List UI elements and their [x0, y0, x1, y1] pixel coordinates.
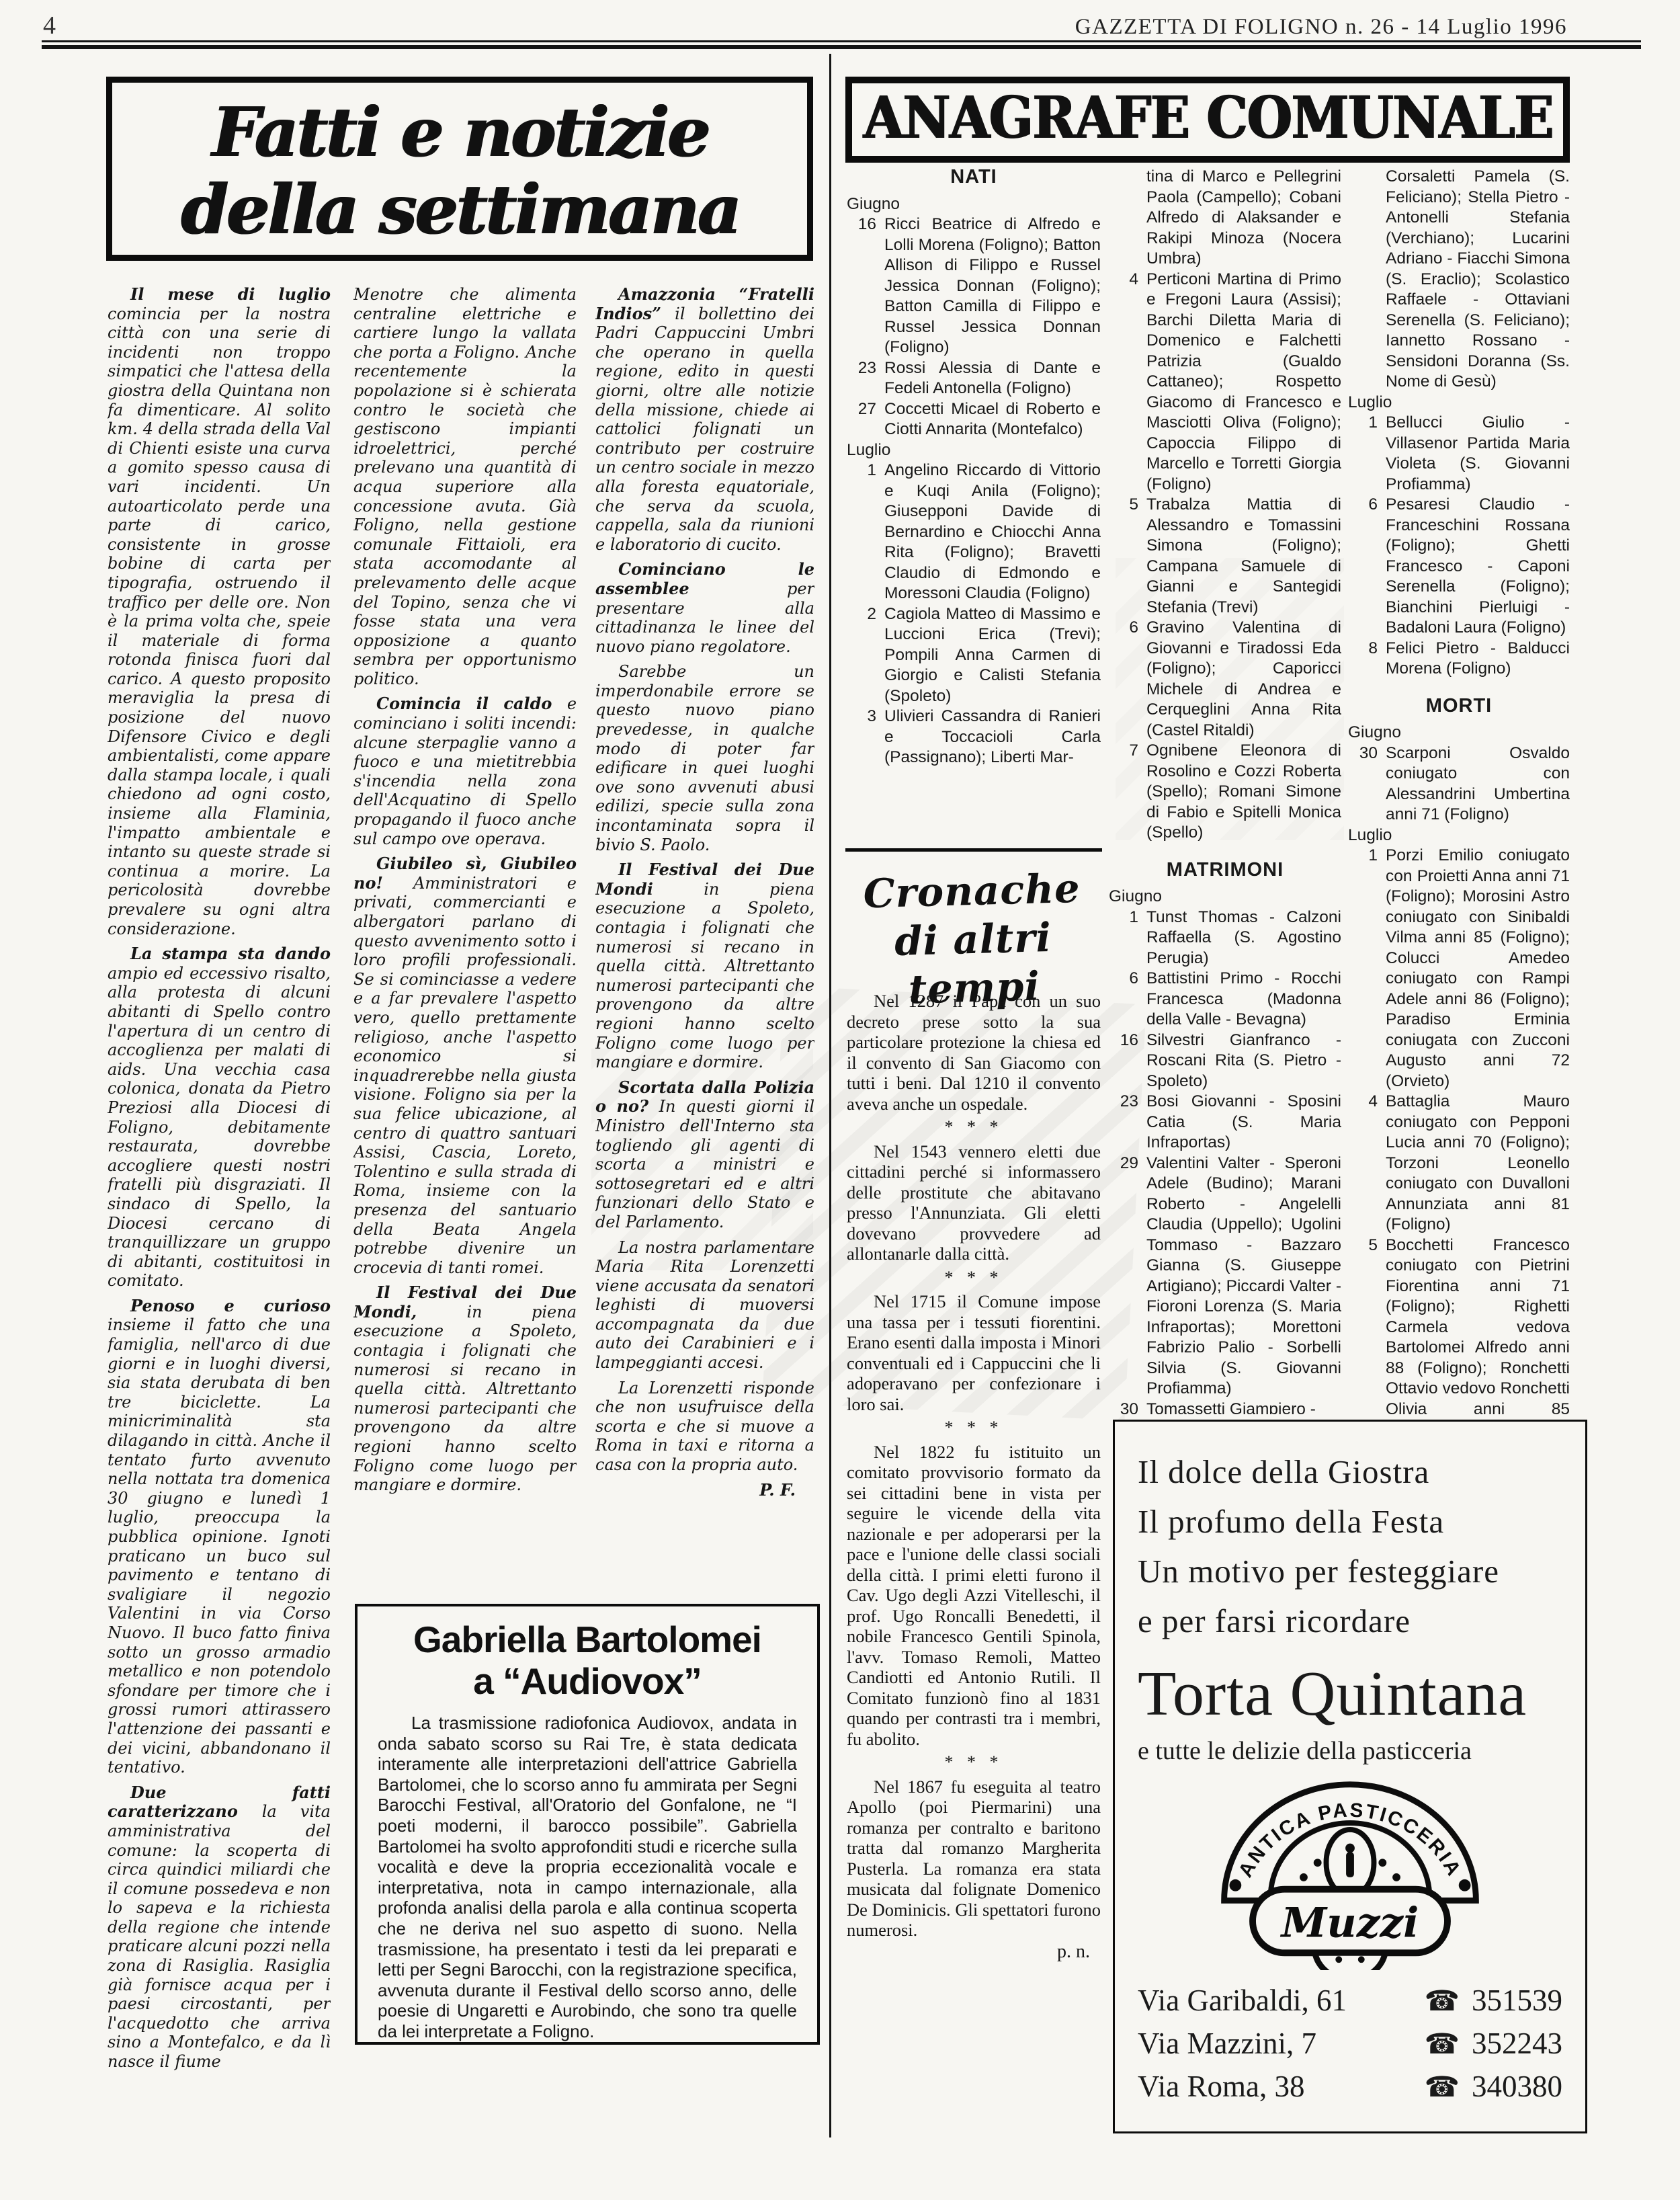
paragraph-lead: Cominciano le assemblee — [595, 559, 814, 598]
record-matrimoni: 29Valentini Valter - Speroni Adele (Budi… — [1146, 1153, 1341, 1399]
audiovox-title-line2: a “Audiovox” — [378, 1660, 797, 1702]
address-row: Via Roma, 38 ☎340380 — [1138, 2066, 1562, 2109]
article-paragraph: Comincia il caldoe cominciano i soliti i… — [353, 694, 577, 848]
nati-list: Giugno 16Ricci Beatrice di Alfredo e Lol… — [847, 194, 1101, 768]
record-day: 1 — [1109, 907, 1138, 928]
record-day: 27 — [847, 399, 876, 420]
month-label: Giugno — [1109, 887, 1341, 907]
paragraph-text: e cominciano i soliti incendi: alcune st… — [353, 694, 577, 848]
record-day: 1 — [1348, 846, 1378, 866]
ad-tagline: e tutte le delizie della pasticceria — [1138, 1736, 1562, 1766]
article-column-1: Il mese di lugliocomincia per la nostra … — [108, 285, 331, 2132]
paragraph-text: insieme il fatto che una famiglia, nell'… — [108, 1315, 331, 1777]
cronache-title-line1: Cronache — [842, 864, 1101, 919]
logo-dot — [1392, 1873, 1400, 1881]
week-news-title-line2: della settimana — [112, 171, 807, 248]
section-separator: * * * — [847, 1752, 1101, 1773]
record-text: Valentini Valter - Speroni Adele (Budino… — [1146, 1154, 1341, 1398]
paragraph-text: la vita amministrativa del comune: la sc… — [108, 1802, 331, 2071]
record-day: 6 — [1109, 618, 1138, 639]
phone-number: 351539 — [1472, 1980, 1562, 2021]
logo-bottom-ornament — [1315, 1953, 1386, 1970]
morti-heading: MORTI — [1348, 696, 1570, 717]
record-nati: 23Rossi Alessia di Dante e Fedeli Antone… — [884, 358, 1101, 399]
logo-dot — [1335, 1956, 1342, 1963]
phone-icon: ☎ — [1425, 2024, 1460, 2066]
week-news-title-line1: Fatti e notizie — [112, 93, 807, 171]
month-label: Giugno — [847, 194, 1101, 215]
phone-icon: ☎ — [1425, 2067, 1460, 2109]
record-day: 4 — [1348, 1092, 1378, 1112]
paragraph-text: Amministratori e privati, commercianti e… — [353, 874, 577, 1277]
section-separator: * * * — [847, 1117, 1101, 1138]
month-label: Luglio — [1348, 393, 1570, 413]
address-street: Via Roma, 38 — [1138, 2066, 1305, 2107]
record-nati: 16Ricci Beatrice di Alfredo e Lolli More… — [884, 214, 1101, 358]
matrimoni-heading: MATRIMONI — [1109, 860, 1341, 881]
ad-slogan: Il dolce della Giostra Il profumo della … — [1138, 1447, 1562, 1646]
record-day: 1 — [847, 460, 876, 481]
record-day: 30 — [1348, 743, 1378, 764]
anagrafe-title: ANAGRAFE COMUNALE — [852, 79, 1563, 157]
article-paragraph: La nostra parlamentare Maria Rita Lorenz… — [595, 1238, 814, 1373]
record-nati: 5Trabalza Mattia di Alessandro e Tomassi… — [1146, 495, 1341, 618]
record-text: Scarponi Osvaldo coniugato con Alessandr… — [1386, 744, 1570, 824]
article-paragraph: Sarebbe un imperdonabile errore se quest… — [595, 662, 814, 854]
address-phone: ☎352243 — [1425, 2023, 1562, 2066]
record-day: 7 — [1109, 741, 1138, 762]
record-day: 16 — [1109, 1030, 1138, 1051]
record-text: Trabalza Mattia di Alessandro e Tomassin… — [1146, 495, 1341, 616]
article-paragraph: Menotre che alimenta centraline elettric… — [353, 285, 577, 688]
record-morti: 5Bocchetti Francesco coniugato con Pietr… — [1386, 1235, 1570, 1415]
paragraph-text: il bollettino dei Padri Cappuccini Umbri… — [595, 304, 814, 554]
article-paragraph: Il Festival dei Due Mondi,in piena esecu… — [353, 1283, 577, 1495]
article-paragraph: Due fatti caratterizzanola vita amminist… — [108, 1783, 331, 2072]
record-matrimoni: 8Felici Pietro - Balducci Morena (Folign… — [1386, 639, 1570, 680]
record-matrimoni: 6Pesaresi Claudio - Franceschini Rossana… — [1386, 495, 1570, 639]
article-paragraph: Il mese di lugliocomincia per la nostra … — [108, 285, 331, 938]
cronache-paragraph: Nel 1867 fu eseguita al teatro Apollo (p… — [847, 1777, 1101, 1941]
record-day: 3 — [847, 706, 876, 727]
paragraph-lead: Comincia il caldo — [376, 694, 567, 713]
record-text: Ognibene Eleonora di Rosolino e Cozzi Ro… — [1146, 741, 1341, 842]
phone-number: 352243 — [1472, 2023, 1562, 2064]
record-text: Angelino Riccardo di Vittorio e Kuqi Ani… — [884, 461, 1101, 602]
column-divider — [829, 54, 831, 2137]
record-nati: 6Gravino Valentina di Giovanni e Tirados… — [1146, 618, 1341, 741]
record-text: Rossi Alessia di Dante e Fedeli Antonell… — [884, 359, 1101, 398]
record-text: Ricci Beatrice di Alfredo e Lolli Morena… — [884, 215, 1101, 356]
paragraph-lead: Penoso e curioso — [130, 1296, 331, 1315]
logo-dot — [1378, 1859, 1386, 1867]
record-text: Silvestri Gianfranco - Roscani Rita (S. … — [1146, 1031, 1341, 1090]
cronache-paragraph: Nel 1287 il Papa con un suo decreto pres… — [847, 991, 1101, 1114]
header-rule — [42, 40, 1641, 49]
record-day: 8 — [1348, 639, 1378, 659]
record-nati: 1Angelino Riccardo di Vittorio e Kuqi An… — [884, 460, 1101, 604]
matrimoni-list-continued: Corsaletti Pamela (S. Feliciano); Stella… — [1348, 167, 1570, 680]
paragraph-lead: Il mese di luglio — [130, 285, 331, 304]
record-text: Battaglia Mauro coniugato con Pepponi Lu… — [1386, 1092, 1570, 1233]
ad-slogan-line: Il dolce della Giostra — [1138, 1447, 1562, 1497]
record-day: 23 — [847, 358, 876, 379]
record-morti: 1Porzi Emilio coniugato con Proietti Ann… — [1386, 846, 1570, 1092]
article-signature: P. F. — [595, 1481, 814, 1500]
ad-slogan-line: Il profumo della Festa — [1138, 1497, 1562, 1547]
paragraph-text: ampio ed eccessivo risalto, alla protest… — [108, 964, 331, 1291]
paragraph-text: comincia per la nostra città con una ser… — [108, 304, 331, 938]
logo-ornament — [1230, 1879, 1242, 1891]
pasticceria-ad-box: Il dolce della Giostra Il profumo della … — [1113, 1420, 1587, 2133]
address-phone: ☎351539 — [1425, 1980, 1562, 2023]
address-street: Via Mazzini, 7 — [1138, 2023, 1316, 2064]
record-continuation: Corsaletti Pamela (S. Feliciano); Stella… — [1386, 167, 1570, 393]
phone-icon: ☎ — [1425, 1981, 1460, 2023]
article-paragraph: La Lorenzetti risponde che non usufruisc… — [595, 1379, 814, 1475]
record-text: Tunst Thomas - Calzoni Raffaella (S. Ago… — [1146, 908, 1341, 967]
logo-dot — [1314, 1859, 1322, 1867]
record-nati: 2Cagiola Matteo di Massimo e Luccioni Er… — [884, 604, 1101, 707]
cronache-paragraph: Nel 1822 fu istituito un comitato provvi… — [847, 1442, 1101, 1750]
logo-figure — [1346, 1852, 1354, 1877]
record-matrimoni: 1Bellucci Giulio - Villasenor Partida Ma… — [1386, 413, 1570, 495]
record-text: Perticoni Martina di Primo e Fregoni Lau… — [1146, 270, 1341, 493]
record-text: Cagiola Matteo di Massimo e Luccioni Eri… — [884, 605, 1101, 705]
newspaper-page: 4 GAZZETTA DI FOLIGNO n. 26 - 14 Luglio … — [0, 0, 1680, 2200]
morti-list: Giugno 30Scarponi Osvaldo coniugato con … — [1348, 723, 1570, 1414]
record-matrimoni: 6Battistini Primo - Rocchi Francesca (Ma… — [1146, 969, 1341, 1030]
cronache-signature: p. n. — [847, 1942, 1101, 1963]
audiovox-article-box: Gabriella Bartolomei a “Audiovox” La tra… — [355, 1604, 820, 2045]
cronache-rule — [845, 848, 1102, 852]
nati-list-continued: tina di Marco e Pellegrini Paola (Campel… — [1109, 167, 1341, 844]
audiovox-body: La trasmissione radiofonica Audiovox, an… — [378, 1713, 797, 2042]
record-day: 6 — [1109, 969, 1138, 989]
record-day: 5 — [1348, 1235, 1378, 1256]
article-paragraph: Penoso e curiosoinsieme il fatto che una… — [108, 1297, 331, 1777]
paragraph-text: La nostra parlamentare Maria Rita Lorenz… — [595, 1238, 814, 1373]
matrimoni-list: Giugno 1Tunst Thomas - Calzoni Raffaella… — [1109, 887, 1341, 1414]
logo-dot — [1300, 1873, 1308, 1881]
logo-ornament — [1459, 1879, 1471, 1891]
record-day: 16 — [847, 214, 876, 235]
record-day: 23 — [1109, 1092, 1138, 1112]
section-separator: * * * — [847, 1268, 1101, 1289]
article-paragraph: Il Festival dei Due Mondiin piena esecuz… — [595, 860, 814, 1072]
nati-heading: NATI — [847, 167, 1101, 188]
article-paragraph: Cominciano le assembleeper presentare al… — [595, 560, 814, 656]
logo-dot — [1358, 1956, 1365, 1963]
record-text: Felici Pietro - Balducci Morena (Foligno… — [1386, 639, 1570, 678]
paragraph-text: La Lorenzetti risponde che non usufruisc… — [595, 1379, 814, 1474]
article-paragraph: Giubileo sì, Giubileo no!Amministratori … — [353, 854, 577, 1277]
week-news-title-box: Fatti e notizie della settimana — [106, 77, 813, 261]
record-text: Battistini Primo - Rocchi Francesca (Mad… — [1146, 969, 1341, 1028]
article-column-2: Menotre che alimenta centraline elettric… — [353, 285, 577, 1596]
record-text: Bellucci Giulio - Villasenor Partida Mar… — [1386, 413, 1570, 493]
ad-product-name: Torta Quintana — [1138, 1657, 1562, 1731]
record-nati: 4Perticoni Martina di Primo e Fregoni La… — [1146, 270, 1341, 495]
anagrafe-column-morti: Corsaletti Pamela (S. Feliciano); Stella… — [1348, 167, 1570, 1414]
audiovox-title-line1: Gabriella Bartolomei — [378, 1619, 797, 1660]
record-day: 29 — [1109, 1153, 1138, 1174]
logo-brand-text: Muzzi — [1280, 1900, 1419, 1947]
ad-addresses: Via Garibaldi, 61 ☎351539 Via Mazzini, 7… — [1138, 1980, 1562, 2109]
anagrafe-column-matrimoni: tina di Marco e Pellegrini Paola (Campel… — [1109, 167, 1341, 1414]
record-day: 5 — [1109, 495, 1138, 516]
record-nati: 7Ognibene Eleonora di Rosolino e Cozzi R… — [1146, 741, 1341, 844]
record-matrimoni: 16Silvestri Gianfranco - Roscani Rita (S… — [1146, 1030, 1341, 1092]
paragraph-text: Menotre che alimenta centraline elettric… — [353, 285, 577, 688]
record-text: Tomassetti Giampiero - — [1146, 1400, 1316, 1415]
section-separator: * * * — [847, 1418, 1101, 1438]
muzzi-logo: ANTICA PASTICCERIA Muzzi — [1206, 1778, 1495, 1970]
anagrafe-title-box: ANAGRAFE COMUNALE — [845, 77, 1570, 163]
ad-slogan-line: Un motivo per festeggiare — [1138, 1547, 1562, 1596]
paragraph-text: Sarebbe un imperdonabile errore se quest… — [595, 662, 814, 854]
record-day: 1 — [1348, 413, 1378, 434]
record-day: 6 — [1348, 495, 1378, 516]
paragraph-text: in piena esecuzione a Spoleto, contagia … — [353, 1303, 577, 1494]
record-text: Bocchetti Francesco coniugato con Pietri… — [1386, 1236, 1570, 1415]
cronache-paragraph: Nel 1715 il Comune impose una tassa per … — [847, 1291, 1101, 1414]
record-text: Porzi Emilio coniugato con Proietti Anna… — [1386, 846, 1570, 1090]
month-label: Luglio — [847, 440, 1101, 461]
masthead: GAZZETTA DI FOLIGNO n. 26 - 14 Luglio 19… — [1075, 15, 1567, 40]
anagrafe-column-nati: NATI Giugno 16Ricci Beatrice di Alfredo … — [847, 167, 1101, 846]
cronache-body: Nel 1287 il Papa con un suo decreto pres… — [847, 991, 1101, 2137]
record-text: Pesaresi Claudio - Franceschini Rossana … — [1386, 495, 1570, 637]
article-paragraph: La stampa sta dandoampio ed eccessivo ri… — [108, 944, 331, 1291]
article-column-3: Amazzonia “Fratelli Indios”il bollettino… — [595, 285, 814, 1597]
record-nati: 27Coccetti Micael di Roberto e Ciotti An… — [884, 399, 1101, 440]
record-nati: 3Ulivieri Cassandra di Ranieri e Toccaci… — [884, 706, 1101, 768]
record-day: 4 — [1109, 270, 1138, 290]
article-paragraph: Amazzonia “Fratelli Indios”il bollettino… — [595, 285, 814, 554]
page-number: 4 — [43, 11, 56, 40]
record-day: 2 — [847, 604, 876, 625]
record-text: Ulivieri Cassandra di Ranieri e Toccacio… — [884, 707, 1101, 766]
month-label: Luglio — [1348, 825, 1570, 846]
record-matrimoni: 1Tunst Thomas - Calzoni Raffaella (S. Ag… — [1146, 907, 1341, 969]
record-continuation: tina di Marco e Pellegrini Paola (Campel… — [1146, 167, 1341, 270]
paragraph-text: In questi giorni il Ministro dell'Intern… — [595, 1097, 814, 1231]
address-phone: ☎340380 — [1425, 2066, 1562, 2109]
cronache-paragraph: Nel 1543 vennero eletti due cittadini pe… — [847, 1141, 1101, 1264]
record-text: Bosi Giovanni - Sposini Catia (S. Maria … — [1146, 1092, 1341, 1151]
ad-slogan-line: e per farsi ricordare — [1138, 1596, 1562, 1646]
logo-figure — [1345, 1844, 1355, 1853]
month-label: Giugno — [1348, 723, 1570, 743]
record-text: Coccetti Micael di Roberto e Ciotti Anna… — [884, 400, 1101, 439]
record-text: Gravino Valentina di Giovanni e Tiradoss… — [1146, 618, 1341, 739]
record-morti: 30Scarponi Osvaldo coniugato con Alessan… — [1386, 743, 1570, 825]
address-row: Via Mazzini, 7 ☎352243 — [1138, 2023, 1562, 2066]
paragraph-text: in piena esecuzione a Spoleto, contagia … — [595, 880, 814, 1071]
record-matrimoni: 23Bosi Giovanni - Sposini Catia (S. Mari… — [1146, 1092, 1341, 1153]
phone-number: 340380 — [1472, 2066, 1562, 2107]
record-day: 30 — [1109, 1399, 1138, 1415]
article-paragraph: Scortata dalla Polizia o no?In questi gi… — [595, 1078, 814, 1232]
address-row: Via Garibaldi, 61 ☎351539 — [1138, 1980, 1562, 2023]
record-matrimoni: 30Tomassetti Giampiero - — [1146, 1399, 1341, 1415]
paragraph-lead: La stampa sta dando — [130, 944, 331, 963]
record-morti: 4Battaglia Mauro coniugato con Pepponi L… — [1386, 1092, 1570, 1235]
address-street: Via Garibaldi, 61 — [1138, 1980, 1347, 2021]
